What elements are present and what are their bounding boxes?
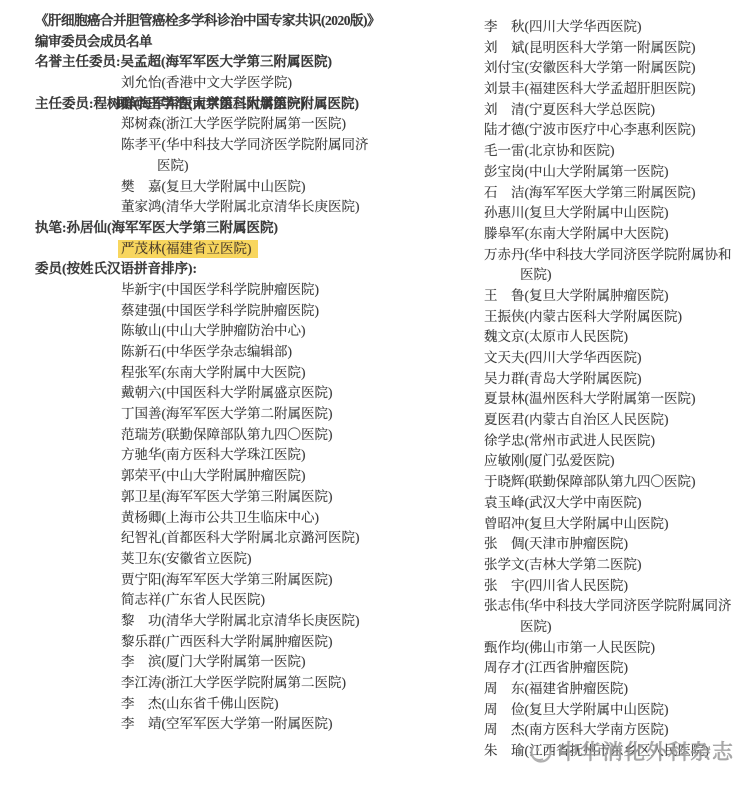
doc-title-line: 编审委员会成员名单 — [35, 32, 395, 53]
entry-text: 丁国善(海军军医大学第二附属医院) — [121, 406, 333, 421]
entry-text: 李 滨(厦门大学附属第一医院) — [121, 654, 306, 669]
member-entry: 陈新石(中华医学杂志编辑部) — [35, 342, 395, 363]
entry-text: :王学浩(南京医科大学第一附属医院) — [143, 94, 359, 115]
entry-text: 滕皋军(东南大学附属中大医院) — [484, 226, 669, 241]
entry-text: 医院) — [520, 267, 552, 282]
entry-text: 徐学忠(常州市武进人民医院) — [484, 433, 655, 448]
entry-text: 《肝细胞癌合并胆管癌栓多学科诊治中国专家共识(2020版)》 — [35, 13, 380, 28]
entry-text: 黎乐群(广西医科大学附属肿瘤医院) — [121, 634, 333, 649]
entry-text: 吴力群(青岛大学附属医院) — [484, 371, 642, 386]
entry-text: 荚卫东(安徽省立医院) — [121, 551, 252, 566]
entry-text: 刘付宝(安徽医科大学第一附属医院) — [484, 60, 696, 75]
right-column: 李 秋(四川大学华西医院)刘 斌(昆明医科大学第一附属医院)刘付宝(安徽医科大学… — [484, 17, 749, 762]
member-entry: 范瑞芳(联勤保障部队第九四〇医院) — [35, 425, 395, 446]
member-entry: 毛一雷(北京协和医院) — [484, 141, 749, 162]
entry-text: 王振侠(内蒙古医科大学附属医院) — [484, 309, 682, 324]
member-entry: 严茂林(福建省立医院) — [35, 239, 395, 260]
entry-text: 方驰华(南方医科大学珠江医院) — [121, 447, 306, 462]
entry-text: 刘允怡(香港中文大学医学院) — [121, 75, 292, 90]
entry-text: 黎 功(清华大学附属北京清华长庚医院) — [121, 613, 360, 628]
section-label-row: 委员(按姓氏汉语拼音排序): — [35, 259, 116, 280]
member-entry: 石 洁(海军军医大学第三附属医院) — [484, 183, 749, 204]
highlighted-member: 严茂林(福建省立医院) — [118, 240, 258, 258]
entry-text: 刘 清(宁夏医科大学总医院) — [484, 102, 655, 117]
member-entry: 周 东(福建省肿瘤医院) — [484, 679, 749, 700]
member-entry: 李 靖(空军军医大学第一附属医院) — [35, 714, 395, 735]
entry-text: 戴朝六(中国医科大学附属盛京医院) — [121, 385, 333, 400]
member-entry: 荚卫东(安徽省立医院) — [35, 549, 395, 570]
member-entry: 毕新宇(中国医学科学院肿瘤医院) — [35, 280, 395, 301]
member-entry: 黎乐群(广西医科大学附属肿瘤医院) — [35, 632, 395, 653]
member-entry: 医院) — [484, 617, 749, 638]
entry-text: 李 杰(山东省千佛山医院) — [121, 696, 279, 711]
entry-text: :吴孟超(海军军医大学第三附属医院) — [116, 52, 332, 73]
member-entry: 曾昭冲(复旦大学附属中山医院) — [484, 514, 749, 535]
member-entry: 丁国善(海军军医大学第二附属医院) — [35, 404, 395, 425]
member-entry: 方驰华(南方医科大学珠江医院) — [35, 445, 395, 466]
section-label-row: 名誉主任委员:吴孟超(海军军医大学第三附属医院) — [35, 52, 116, 73]
entry-text: 陈新石(中华医学杂志编辑部) — [121, 344, 292, 359]
entry-text: 毛一雷(北京协和医院) — [484, 143, 615, 158]
entry-text: 夏景林(温州医科大学附属第一医院) — [484, 391, 696, 406]
entry-text: 蔡建强(中国医学科学院肿瘤医院) — [121, 303, 319, 318]
member-entry: 郭卫星(海军军医大学第三附属医院) — [35, 487, 395, 508]
member-entry: 刘允怡(香港中文大学医学院) — [35, 73, 395, 94]
member-entry: 蔡建强(中国医学科学院肿瘤医院) — [35, 301, 395, 322]
member-entry: 郭荣平(中山大学附属肿瘤医院) — [35, 466, 395, 487]
member-entry: 徐学忠(常州市武进人民医院) — [484, 431, 749, 452]
left-column: 《肝细胞癌合并胆管癌栓多学科诊治中国专家共识(2020版)》编审委员会成员名单名… — [35, 11, 395, 735]
section-label: 执笔 — [35, 218, 62, 239]
member-entry: 夏景林(温州医科大学附属第一医院) — [484, 389, 749, 410]
member-entry: 贾宁阳(海军军医大学第三附属医院) — [35, 570, 395, 591]
entry-text: 张 宇(四川省人民医院) — [484, 578, 628, 593]
section-label: 顾问 — [116, 94, 143, 115]
entry-text: 甄作均(佛山市第一人民医院) — [484, 640, 655, 655]
entry-text: 周存才(江西省肿瘤医院) — [484, 660, 628, 675]
member-entry: 李江涛(浙江大学医学院附属第二医院) — [35, 673, 395, 694]
entry-text: 李 秋(四川大学华西医院) — [484, 19, 642, 34]
member-entry: 吴力群(青岛大学附属医院) — [484, 369, 749, 390]
entry-text: 李江涛(浙江大学医学院附属第二医院) — [121, 675, 346, 690]
section-label-row: 顾问:王学浩(南京医科大学第一附属医院) — [116, 94, 197, 115]
entry-text: 石 洁(海军军医大学第三附属医院) — [484, 185, 696, 200]
entry-text: 医院) — [157, 158, 189, 173]
entry-text: 张学文(吉林大学第二医院) — [484, 557, 642, 572]
member-entry: 张志伟(华中科技大学同济医学院附属同济 — [484, 596, 749, 617]
entry-text: 刘景丰(福建医科大学孟超肝胆医院) — [484, 81, 696, 96]
doc-title-line: 《肝细胞癌合并胆管癌栓多学科诊治中国专家共识(2020版)》 — [35, 11, 395, 32]
entry-text: 郭荣平(中山大学附属肿瘤医院) — [121, 468, 306, 483]
entry-text: 于晓辉(联勤保障部队第九四〇医院) — [484, 474, 696, 489]
member-entry: 周 俭(复旦大学附属中山医院) — [484, 700, 749, 721]
member-entry: 王 鲁(复旦大学附属肿瘤医院) — [484, 286, 749, 307]
entry-text: 陆才德(宁波市医疗中心李惠利医院) — [484, 122, 696, 137]
entry-text: 编审委员会成员名单 — [35, 34, 152, 49]
member-entry: 陈孝平(华中科技大学同济医学院附属同济 — [35, 135, 395, 156]
document-page: 《肝细胞癌合并胆管癌栓多学科诊治中国专家共识(2020版)》编审委员会成员名单名… — [0, 0, 749, 788]
member-entry: 甄作均(佛山市第一人民医院) — [484, 638, 749, 659]
member-entry: 张学文(吉林大学第二医院) — [484, 555, 749, 576]
entry-text: 简志祥(广东省人民医院) — [121, 592, 265, 607]
member-entry: 张 倜(天津市肿瘤医院) — [484, 534, 749, 555]
entry-text: 程张军(东南大学附属中大医院) — [121, 365, 306, 380]
member-entry: 刘 清(宁夏医科大学总医院) — [484, 100, 749, 121]
member-entry: 董家鸿(清华大学附属北京清华长庚医院) — [35, 197, 395, 218]
member-entry: 黄杨卿(上海市公共卫生临床中心) — [35, 508, 395, 529]
member-entry: 应敏刚(厦门弘爱医院) — [484, 451, 749, 472]
entry-text: 刘 斌(昆明医科大学第一附属医院) — [484, 40, 696, 55]
member-entry: 医院) — [484, 265, 749, 286]
member-entry: 孙惠川(复旦大学附属中山医院) — [484, 203, 749, 224]
member-entry: 王振侠(内蒙古医科大学附属医院) — [484, 307, 749, 328]
entry-text: 陈敏山(中山大学肿瘤防治中心) — [121, 323, 306, 338]
member-entry: 程张军(东南大学附属中大医院) — [35, 363, 395, 384]
member-entry: 于晓辉(联勤保障部队第九四〇医院) — [484, 472, 749, 493]
member-entry: 陈敏山(中山大学肿瘤防治中心) — [35, 321, 395, 342]
member-entry: 郑树森(浙江大学医学院附属第一医院) — [35, 114, 395, 135]
member-entry: 陆才德(宁波市医疗中心李惠利医院) — [484, 120, 749, 141]
member-entry: 李 滨(厦门大学附属第一医院) — [35, 652, 395, 673]
entry-text: 周 俭(复旦大学附属中山医院) — [484, 702, 669, 717]
member-entry: 夏医君(内蒙古自治区人民医院) — [484, 410, 749, 431]
entry-text: 周 东(福建省肿瘤医院) — [484, 681, 628, 696]
section-label: 委员 — [35, 259, 62, 280]
entry-text: 毕新宇(中国医学科学院肿瘤医院) — [121, 282, 319, 297]
section-label-row: 主任委员:程树群(海军军医大学第三附属医院) — [35, 94, 116, 115]
entry-text: 张 倜(天津市肿瘤医院) — [484, 536, 628, 551]
entry-text: 孙惠川(复旦大学附属中山医院) — [484, 205, 669, 220]
member-entry: 简志祥(广东省人民医院) — [35, 590, 395, 611]
entry-text: 樊 嘉(复旦大学附属中山医院) — [121, 179, 306, 194]
entry-text: 万赤丹(华中科技大学同济医学院附属协和 — [484, 247, 732, 262]
entry-text: (按姓氏汉语拼音排序): — [62, 259, 197, 280]
entry-text: 曾昭冲(复旦大学附属中山医院) — [484, 516, 669, 531]
entry-text: 陈孝平(华中科技大学同济医学院附属同济 — [121, 137, 369, 152]
entry-text: 夏医君(内蒙古自治区人民医院) — [484, 412, 669, 427]
entry-text: 魏文京(太原市人民医院) — [484, 329, 628, 344]
section-label: 名誉主任委员 — [35, 52, 116, 73]
member-entry: 周存才(江西省肿瘤医院) — [484, 658, 749, 679]
member-entry: 医院) — [35, 156, 395, 177]
section-label: 主任委员 — [35, 94, 89, 115]
member-entry: 滕皋军(东南大学附属中大医院) — [484, 224, 749, 245]
member-entry: 纪智礼(首都医科大学附属北京潞河医院) — [35, 528, 395, 549]
member-entry: 刘 斌(昆明医科大学第一附属医院) — [484, 38, 749, 59]
entry-text: 李 靖(空军军医大学第一附属医院) — [121, 716, 333, 731]
member-entry: 刘付宝(安徽医科大学第一附属医院) — [484, 58, 749, 79]
entry-text: 彭宝岗(中山大学附属第一医院) — [484, 164, 669, 179]
entry-text: 袁玉峰(武汉大学中南医院) — [484, 495, 642, 510]
member-entry: 李 秋(四川大学华西医院) — [484, 17, 749, 38]
entry-text: 应敏刚(厦门弘爱医院) — [484, 453, 615, 468]
journal-watermark-text: 中华消化外科杂志 — [558, 736, 734, 766]
entry-text: 纪智礼(首都医科大学附属北京潞河医院) — [121, 530, 360, 545]
member-entry: 魏文京(太原市人民医院) — [484, 327, 749, 348]
member-entry: 李 杰(山东省千佛山医院) — [35, 694, 395, 715]
entry-text: 郭卫星(海军军医大学第三附属医院) — [121, 489, 333, 504]
entry-text: 王 鲁(复旦大学附属肿瘤医院) — [484, 288, 669, 303]
member-entry: 万赤丹(华中科技大学同济医学院附属协和 — [484, 245, 749, 266]
entry-text: 贾宁阳(海军军医大学第三附属医院) — [121, 572, 333, 587]
entry-text: :孙居仙(海军军医大学第三附属医院) — [62, 218, 278, 239]
entry-text: 郑树森(浙江大学医学院附属第一医院) — [121, 116, 346, 131]
entry-text: 范瑞芳(联勤保障部队第九四〇医院) — [121, 427, 333, 442]
member-entry: 戴朝六(中国医科大学附属盛京医院) — [35, 383, 395, 404]
journal-watermark: 中华消化外科杂志 — [528, 736, 734, 766]
member-entry: 彭宝岗(中山大学附属第一医院) — [484, 162, 749, 183]
entry-text: 董家鸿(清华大学附属北京清华长庚医院) — [121, 199, 360, 214]
entry-text: 医院) — [520, 619, 552, 634]
member-entry: 刘景丰(福建医科大学孟超肝胆医院) — [484, 79, 749, 100]
journal-logo-icon — [528, 738, 554, 764]
member-entry: 张 宇(四川省人民医院) — [484, 576, 749, 597]
entry-text: 黄杨卿(上海市公共卫生临床中心) — [121, 510, 319, 525]
member-entry: 袁玉峰(武汉大学中南医院) — [484, 493, 749, 514]
member-entry: 樊 嘉(复旦大学附属中山医院) — [35, 177, 395, 198]
member-entry: 黎 功(清华大学附属北京清华长庚医院) — [35, 611, 395, 632]
member-entry: 文天夫(四川大学华西医院) — [484, 348, 749, 369]
entry-text: 文天夫(四川大学华西医院) — [484, 350, 642, 365]
section-label-row: 执笔:孙居仙(海军军医大学第三附属医院) — [35, 218, 116, 239]
entry-text: 张志伟(华中科技大学同济医学院附属同济 — [484, 598, 732, 613]
